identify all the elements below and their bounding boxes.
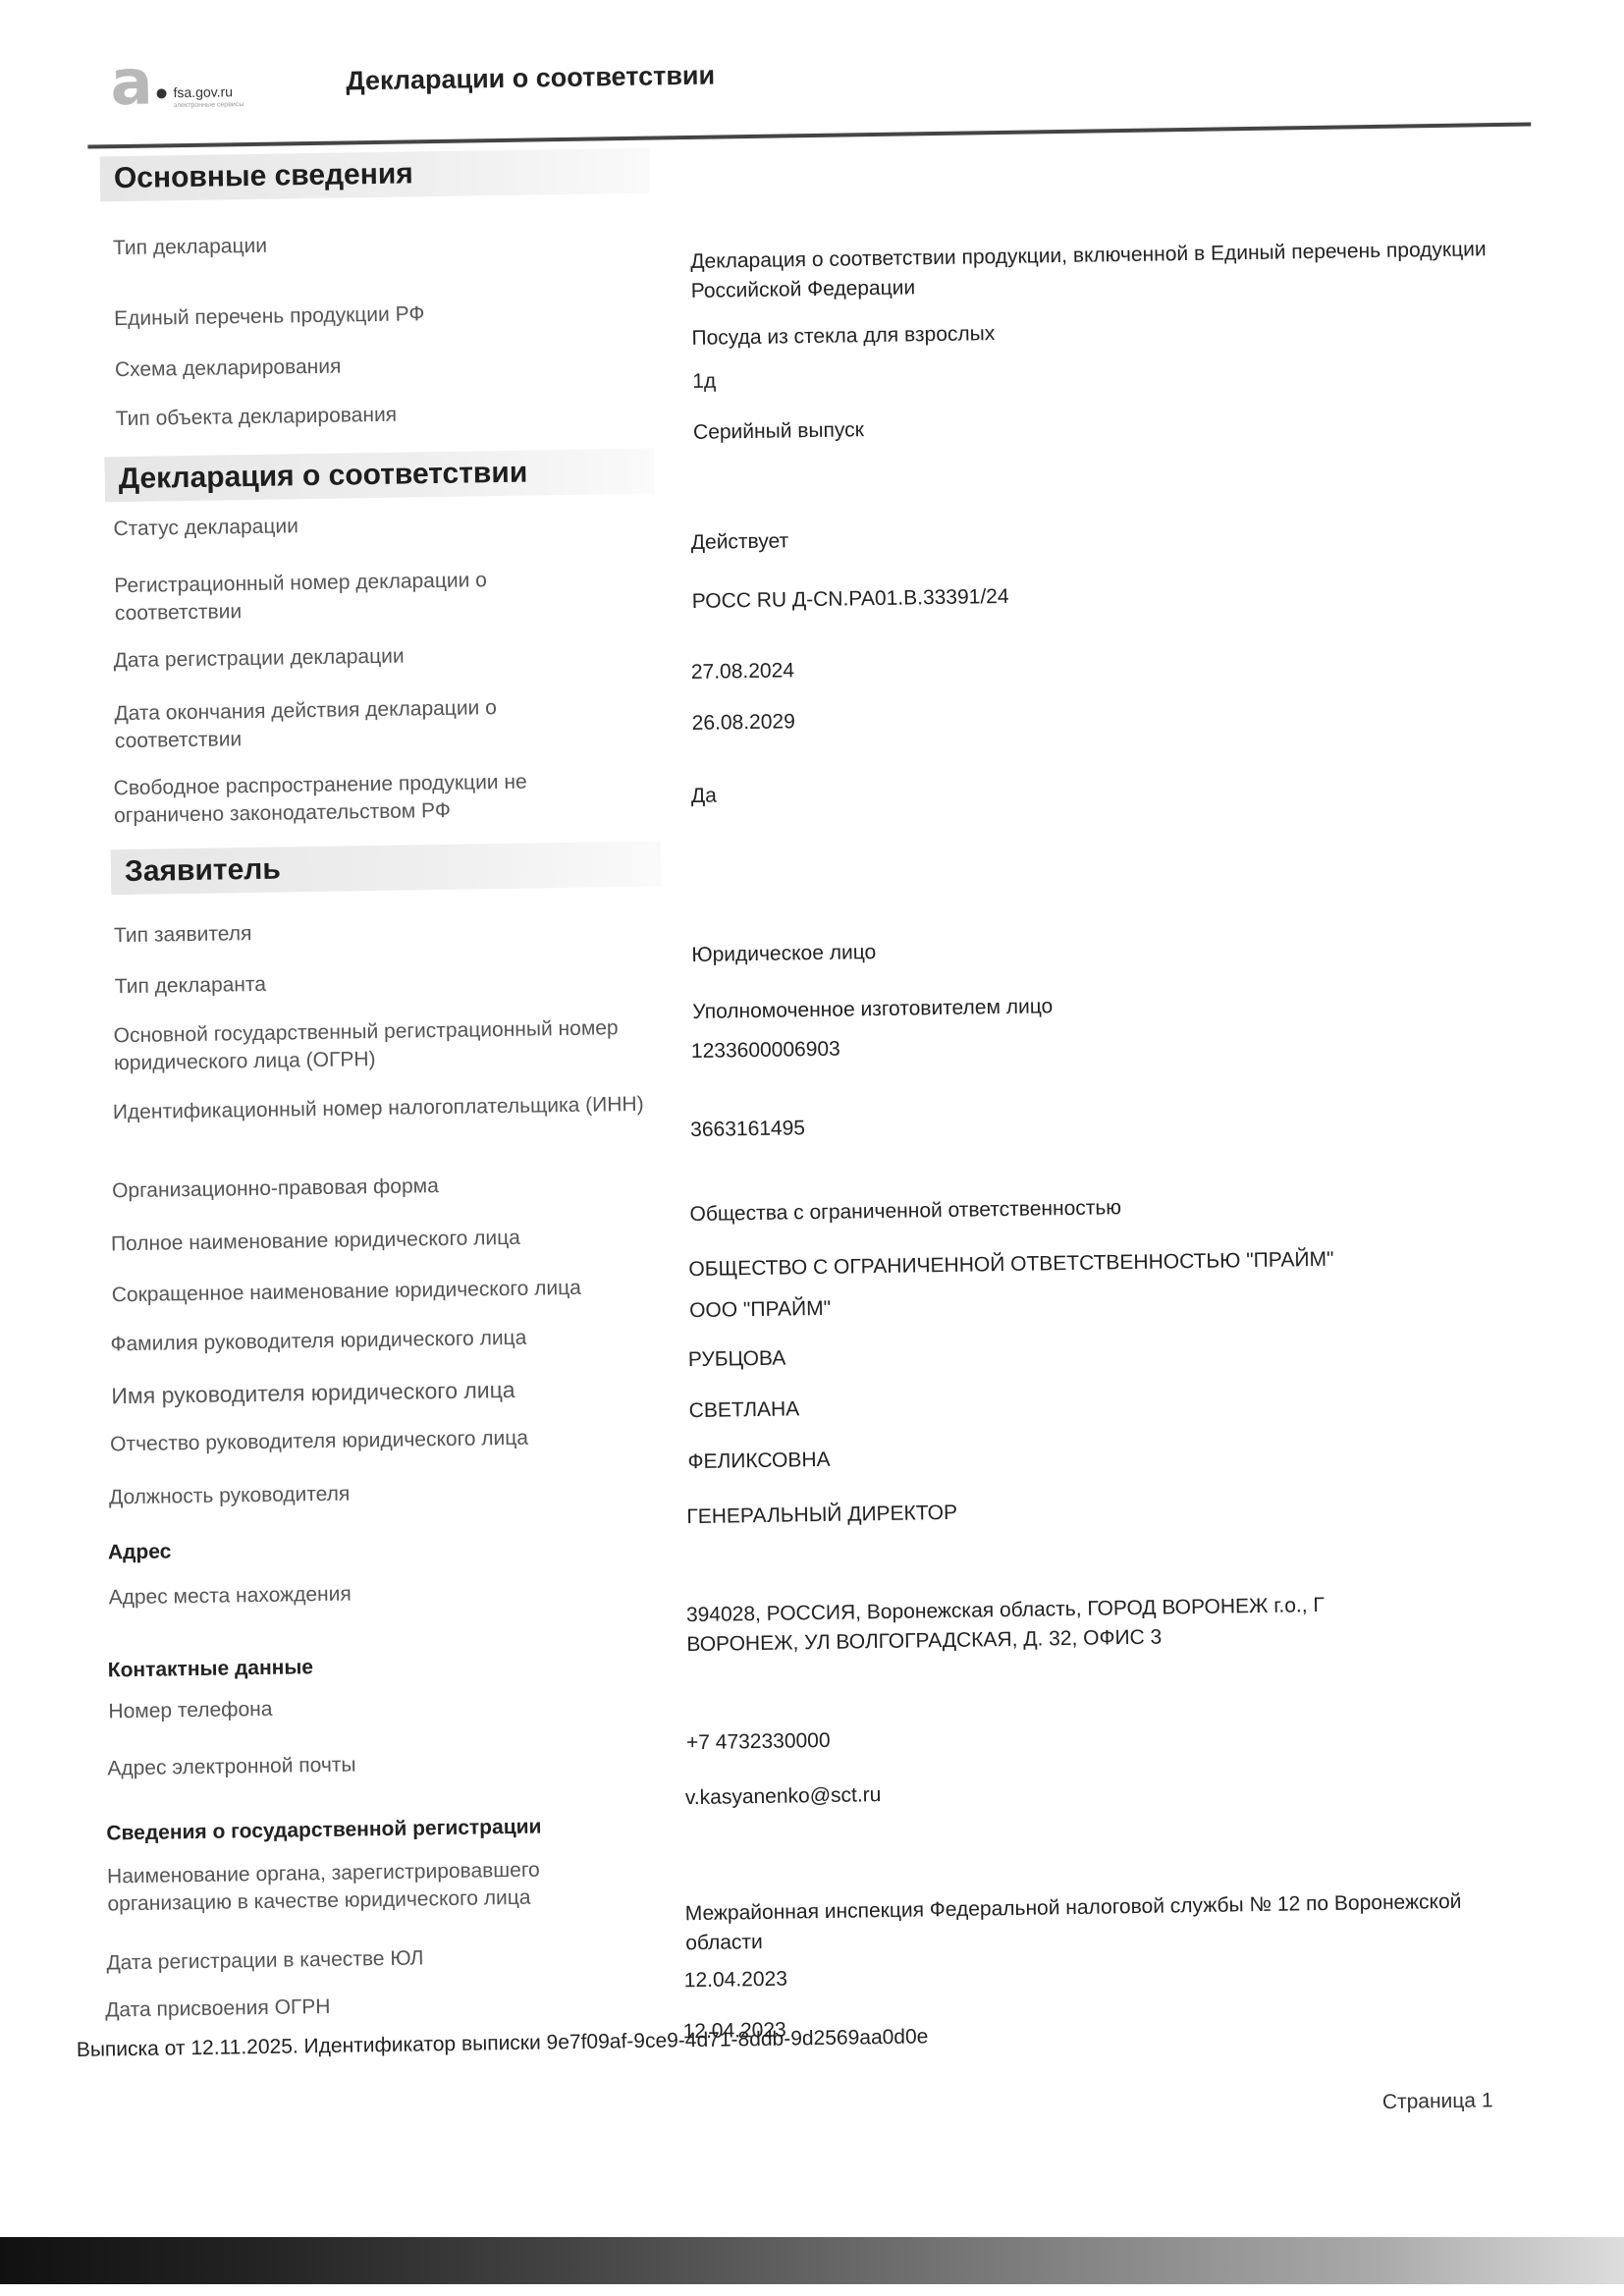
value-head-name: СВЕТЛАНА xyxy=(688,1384,1533,1427)
subheading-state-registration: Сведения о государственной регистрации xyxy=(106,1816,541,1846)
section-title: Основные сведения xyxy=(114,157,413,195)
value-head-surname: РУБЦОВА xyxy=(688,1333,1533,1376)
fsa-logo: a fsa.gov.ru электронные сервисы xyxy=(110,53,288,125)
document-title: Декларации о соответствии xyxy=(346,61,715,97)
value-declarant-type: Уполномоченное изготовителем лицо xyxy=(692,984,1537,1027)
logo-site: fsa.gov.ru xyxy=(173,83,233,100)
logo-subtitle: электронные сервисы xyxy=(174,101,244,109)
subheading-contacts: Контактные данные xyxy=(108,1656,314,1682)
page-number: Страница 1 xyxy=(1382,2089,1493,2114)
label-applicant-type: Тип заявителя xyxy=(114,913,693,950)
label-free-circulation: Свободное распространение продукции не о… xyxy=(113,767,624,830)
label-registering-authority: Наименование органа, зарегистрировавшего… xyxy=(107,1855,638,1918)
label-status: Статус декларации xyxy=(113,507,692,543)
document-page: a fsa.gov.ru электронные сервисы Деклара… xyxy=(0,0,1624,2296)
scan-edge-shadow xyxy=(0,2237,1624,2284)
label-head-position: Должность руководителя xyxy=(109,1475,688,1511)
subheading-address: Адрес xyxy=(108,1540,172,1564)
value-head-position: ГЕНЕРАЛЬНЫЙ ДИРЕКТОР xyxy=(686,1490,1531,1533)
label-legal-entity-reg-date: Дата регистрации в качестве ЮЛ xyxy=(106,1941,685,1977)
label-expiry-date: Дата окончания действия декларации о соо… xyxy=(114,693,576,755)
value-unified-list: Посуда из стекла для взрослых xyxy=(691,310,1536,354)
value-declaration-scheme: 1д xyxy=(692,354,1537,397)
section-declaration-header: Декларация о соответствии xyxy=(104,449,655,503)
label-reg-date: Дата регистрации декларации xyxy=(113,638,692,675)
value-ogrn: 1233600006903 xyxy=(691,1024,1536,1067)
label-unified-list: Единый перечень продукции РФ xyxy=(114,297,693,333)
value-address: 394028, РОССИЯ, Воронежская область, ГОР… xyxy=(686,1589,1434,1660)
value-short-name: ООО "ПРАЙМ" xyxy=(689,1284,1534,1327)
value-email: v.kasyanenko@sct.ru xyxy=(685,1771,1530,1814)
value-phone: +7 4732330000 xyxy=(686,1716,1531,1759)
value-inn: 3663161495 xyxy=(690,1103,1535,1146)
label-inn: Идентификационный номер налогоплательщик… xyxy=(113,1090,682,1126)
label-head-surname: Фамилия руководителя юридического лица xyxy=(110,1322,689,1358)
label-email: Адрес электронной почты xyxy=(107,1746,686,1782)
label-phone: Номер телефона xyxy=(108,1689,687,1725)
section-title: Заявитель xyxy=(125,853,281,889)
section-applicant-header: Заявитель xyxy=(111,841,662,895)
label-head-patronymic: Отчество руководителя юридического лица xyxy=(110,1422,689,1458)
label-ogrn-date: Дата присвоения ОГРН xyxy=(105,1988,684,2024)
header-divider xyxy=(87,122,1531,148)
label-declaration-type: Тип декларации xyxy=(113,226,692,262)
value-reg-number: РОСС RU Д-CN.РА01.В.33391/24 xyxy=(692,574,1537,617)
label-legal-form: Организационно-правовая форма xyxy=(112,1169,691,1205)
label-reg-number: Регистрационный номер декларации о соотв… xyxy=(114,566,576,628)
value-head-patronymic: ФЕЛИКСОВНА xyxy=(687,1435,1532,1478)
label-short-name: Сокращенное наименование юридического ли… xyxy=(112,1273,691,1309)
fsa-logo-icon: a xyxy=(110,56,153,112)
value-registering-authority: Межрайонная инспекция Федеральной налого… xyxy=(685,1887,1472,1959)
value-full-name: ОБЩЕСТВО С ОГРАНИЧЕННОЙ ОТВЕТСТВЕННОСТЬЮ… xyxy=(688,1242,1533,1285)
value-legal-entity-reg-date: 12.04.2023 xyxy=(684,1953,1529,1996)
label-full-name: Полное наименование юридического лица xyxy=(111,1222,690,1258)
label-declaration-scheme: Схема декларирования xyxy=(115,348,694,384)
value-object-type: Серийный выпуск xyxy=(693,405,1538,448)
value-declaration-type: Декларация о соответствии продукции, вкл… xyxy=(690,235,1526,306)
label-address: Адрес места нахождения xyxy=(108,1575,687,1612)
value-legal-form: Общества с ограниченной ответственностью xyxy=(689,1187,1534,1230)
label-head-name: Имя руководителя юридического лица xyxy=(111,1373,690,1409)
label-ogrn: Основной государственный регистрационный… xyxy=(113,1013,664,1077)
extract-identifier: Выписка от 12.11.2025. Идентификатор вып… xyxy=(77,2025,929,2062)
globe-icon xyxy=(156,88,166,98)
value-applicant-type: Юридическое лицо xyxy=(691,927,1536,970)
label-object-type: Тип объекта декларирования xyxy=(116,397,695,433)
value-reg-date: 27.08.2024 xyxy=(691,644,1536,687)
value-expiry-date: 26.08.2029 xyxy=(691,695,1536,738)
section-basic-header: Основные сведения xyxy=(100,148,651,202)
value-status: Действует xyxy=(691,515,1536,558)
section-title: Декларация о соответствии xyxy=(118,457,527,497)
value-free-circulation: Да xyxy=(691,768,1536,811)
label-declarant-type: Тип декларанта xyxy=(115,964,694,1001)
